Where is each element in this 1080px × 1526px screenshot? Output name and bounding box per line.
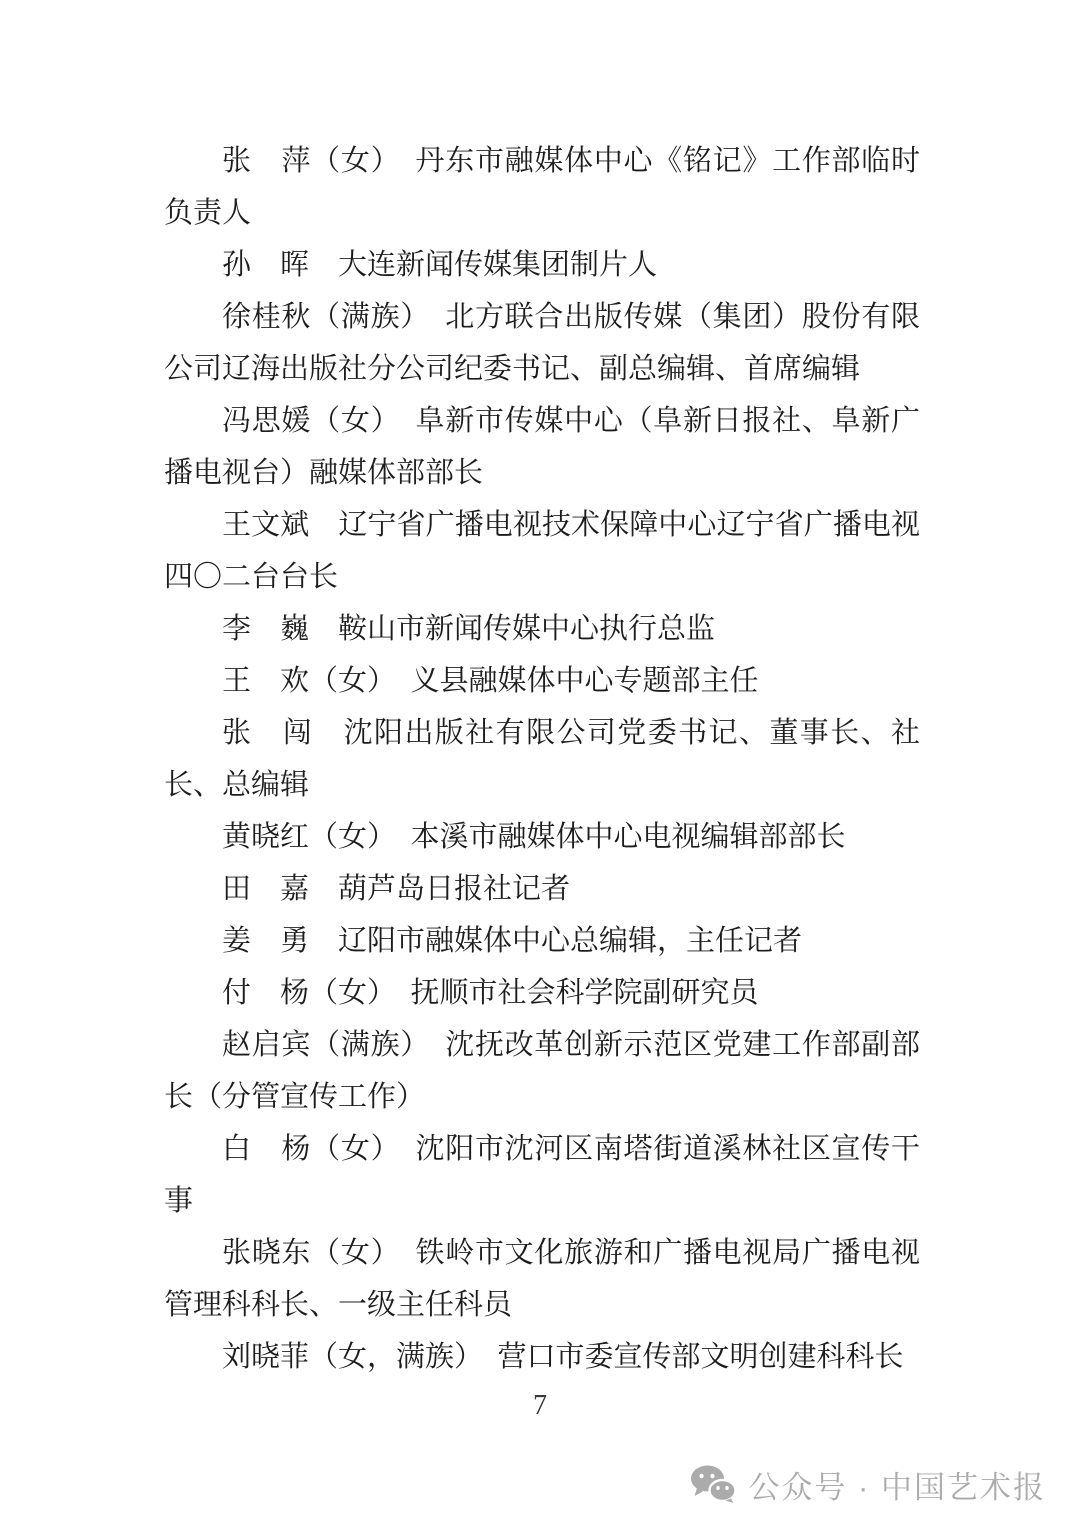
document-page: 张 萍（女） 丹东市融媒体中心《铭记》工作部临时负责人 孙 晖 大连新闻传媒集团…	[0, 0, 1080, 1526]
list-entry: 王 欢（女） 义县融媒体中心专题部主任	[164, 655, 920, 707]
list-entry: 李 巍 鞍山市新闻传媒中心执行总监	[164, 603, 920, 655]
list-entry: 张 闯 沈阳出版社有限公司党委书记、董事长、社长、总编辑	[164, 707, 920, 811]
list-entry: 张 萍（女） 丹东市融媒体中心《铭记》工作部临时负责人	[164, 135, 920, 239]
list-entry: 姜 勇 辽阳市融媒体中心总编辑，主任记者	[164, 915, 920, 967]
list-entry: 付 杨（女） 抚顺市社会科学院副研究员	[164, 967, 920, 1019]
list-entry: 刘晓菲（女，满族） 营口市委宣传部文明创建科科长	[164, 1331, 920, 1383]
list-entry: 徐桂秋（满族） 北方联合出版传媒（集团）股份有限公司辽海出版社分公司纪委书记、副…	[164, 291, 920, 395]
list-entry: 黄晓红（女） 本溪市融媒体中心电视编辑部部长	[164, 811, 920, 863]
watermark-label: 公众号 · 中国艺术报	[748, 1462, 1046, 1507]
list-entry: 田 嘉 葫芦岛日报社记者	[164, 863, 920, 915]
page-number: 7	[0, 1390, 1080, 1422]
wechat-icon	[690, 1465, 736, 1503]
list-entry: 王文斌 辽宁省广播电视技术保障中心辽宁省广播电视四〇二台台长	[164, 499, 920, 603]
list-entry: 赵启宾（满族） 沈抚改革创新示范区党建工作部副部长（分管宣传工作）	[164, 1019, 920, 1123]
list-entry: 张晓东（女） 铁岭市文化旅游和广播电视局广播电视管理科科长、一级主任科员	[164, 1227, 920, 1331]
list-entry: 孙 晖 大连新闻传媒集团制片人	[164, 239, 920, 291]
list-entry: 冯思媛（女） 阜新市传媒中心（阜新日报社、阜新广播电视台）融媒体部部长	[164, 395, 920, 499]
honoree-list: 张 萍（女） 丹东市融媒体中心《铭记》工作部临时负责人 孙 晖 大连新闻传媒集团…	[164, 135, 920, 1383]
watermark: 公众号 · 中国艺术报	[690, 1460, 1046, 1508]
list-entry: 白 杨（女） 沈阳市沈河区南塔街道溪林社区宣传干事	[164, 1123, 920, 1227]
